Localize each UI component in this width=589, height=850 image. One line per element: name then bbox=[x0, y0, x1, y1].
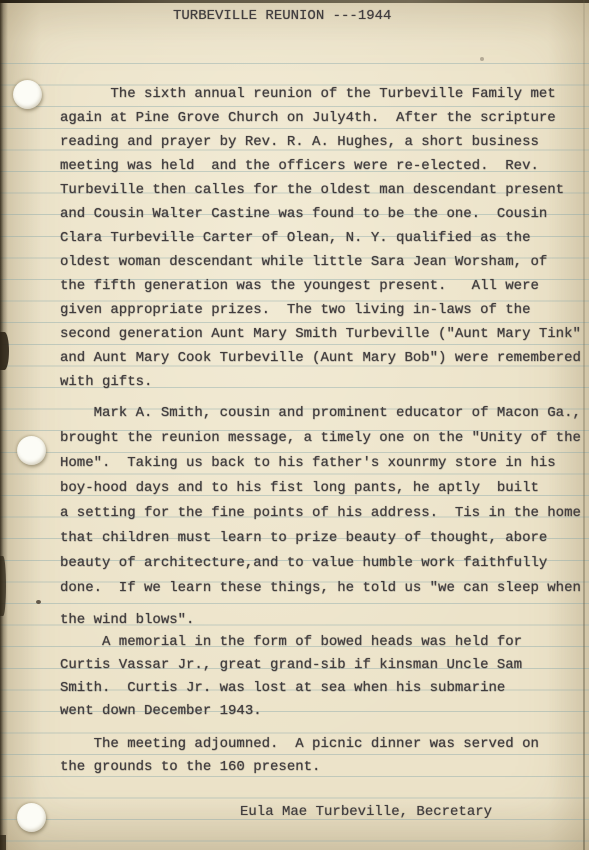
document-title: TURBEVILLE REUNION ---1944 bbox=[173, 5, 391, 27]
text-line: again at Pine Grove Church on July4th. A… bbox=[60, 108, 589, 132]
paragraph-4: The meeting adjoumned. A picnic dinner w… bbox=[60, 734, 589, 780]
text-line: the fifth generation was the youngest pr… bbox=[60, 276, 589, 300]
paragraph-1: The sixth annual reunion of the Turbevil… bbox=[60, 84, 589, 396]
text-line: Clara Turbeville Carter of Olean, N. Y. … bbox=[60, 228, 589, 252]
scan-edge-blob bbox=[0, 556, 6, 616]
text-line: the wind blows". bbox=[60, 610, 589, 633]
ink-speck bbox=[36, 600, 41, 604]
text-line: Mark A. Smith, cousin and prominent educ… bbox=[60, 403, 589, 428]
scan-edge-shadow-top bbox=[0, 0, 589, 3]
text-line: went down December 1943. bbox=[60, 701, 589, 724]
text-line: second generation Aunt Mary Smith Turbev… bbox=[60, 324, 589, 348]
punch-hole bbox=[17, 803, 46, 832]
text-line: done. If we learn these things, he told … bbox=[60, 578, 589, 603]
text-line: beauty of architecture,and to value humb… bbox=[60, 553, 589, 578]
text-line: given appropriate prizes. The two living… bbox=[60, 300, 589, 324]
text-line: Smith. Curtis Jr. was lost at sea when h… bbox=[60, 678, 589, 701]
scan-edge-blob bbox=[0, 332, 9, 370]
text-line: A memorial in the form of bowed heads wa… bbox=[60, 632, 589, 655]
signature-line: Eula Mae Turbeville, Becretary bbox=[240, 801, 492, 823]
text-line: meeting was held and the officers were r… bbox=[60, 156, 589, 180]
ink-speck bbox=[480, 57, 484, 61]
text-line: and Aunt Mary Cook Turbeville (Aunt Mary… bbox=[60, 348, 589, 372]
text-line: Home". Taking us back to his father's xo… bbox=[60, 453, 589, 478]
text-line: brought the reunion message, a timely on… bbox=[60, 428, 589, 453]
paragraph-2-continued: the wind blows". bbox=[60, 610, 589, 633]
punch-hole bbox=[17, 436, 46, 465]
text-line: the grounds to the 160 present. bbox=[60, 757, 589, 780]
text-line: with gifts. bbox=[60, 372, 589, 396]
text-line: The sixth annual reunion of the Turbevil… bbox=[60, 84, 589, 108]
scan-edge-blob bbox=[0, 835, 6, 850]
text-line: reading and prayer by Rev. R. A. Hughes,… bbox=[60, 132, 589, 156]
paragraph-3: A memorial in the form of bowed heads wa… bbox=[60, 632, 589, 724]
text-line: The meeting adjoumned. A picnic dinner w… bbox=[60, 734, 589, 757]
scan-edge-shadow-left bbox=[0, 0, 8, 850]
text-line: Curtis Vassar Jr., great grand-sib if ki… bbox=[60, 655, 589, 678]
punch-hole bbox=[13, 80, 42, 109]
paragraph-2: Mark A. Smith, cousin and prominent educ… bbox=[60, 403, 589, 603]
text-line: and Cousin Walter Castine was found to b… bbox=[60, 204, 589, 228]
text-line: a setting for the fine points of his add… bbox=[60, 503, 589, 528]
text-line: boy-hood days and to his fist long pants… bbox=[60, 478, 589, 503]
text-line: that children must learn to prize beauty… bbox=[60, 528, 589, 553]
text-line: oldest woman descendant while little Sar… bbox=[60, 252, 589, 276]
scanned-page: TURBEVILLE REUNION ---1944 The sixth ann… bbox=[0, 0, 589, 850]
text-line: Turbeville then calles for the oldest ma… bbox=[60, 180, 589, 204]
